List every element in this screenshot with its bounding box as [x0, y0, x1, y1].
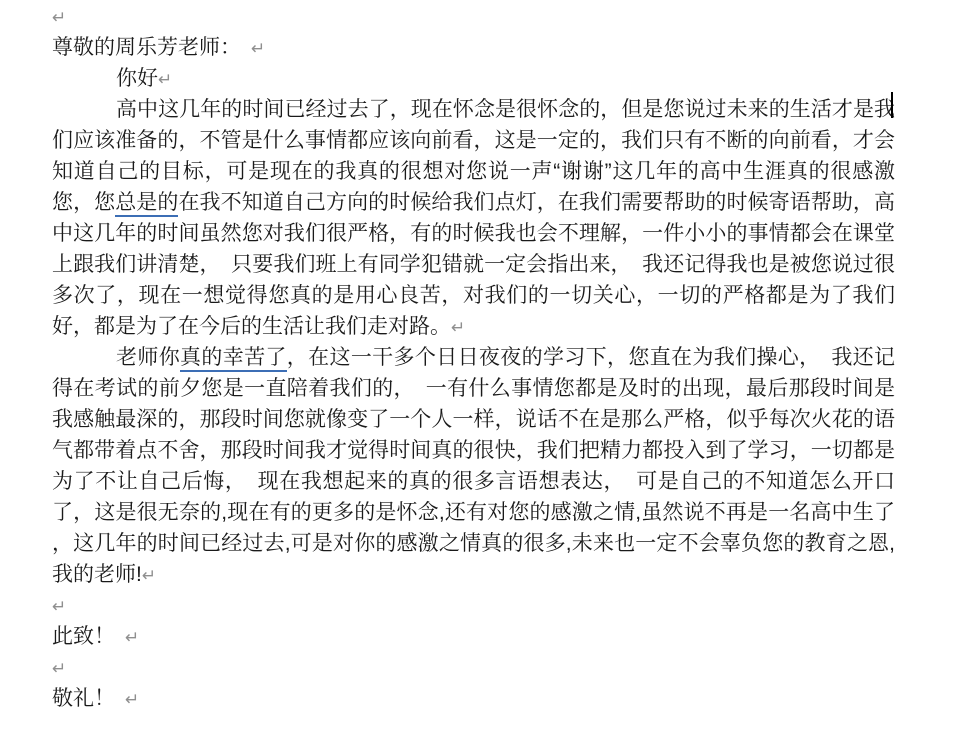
empty-paragraph: ↵	[52, 590, 895, 621]
paragraph-mark-icon: ↵	[52, 659, 66, 679]
closing-text: 此致！	[52, 625, 115, 648]
body1-text-post: 在我不知道自己方向的时候给我们点灯，在我们需要帮助的时候寄语帮助，高中这几年的时…	[52, 191, 895, 338]
grammar-check-underlined-text: 真的幸苦了	[180, 346, 287, 372]
grammar-check-underlined-text: 总是的	[115, 191, 178, 217]
paragraph-mark-icon: ↵	[52, 597, 66, 617]
body-paragraph-2: 老师你真的幸苦了，在这一干多个日日夜夜的学习下，您直在为我们操心， 我还记得在考…	[52, 342, 895, 590]
empty-paragraph-top: ↵	[52, 2, 895, 32]
body2-text-post: ，在这一干多个日日夜夜的学习下，您直在为我们操心， 我还记得在考试的前夕您是一直…	[52, 346, 901, 586]
paragraph-mark-icon: ↵	[125, 628, 139, 648]
salute-text: 敬礼！	[52, 687, 115, 710]
salutation-line: 尊敬的周乐芳老师：↵	[52, 32, 895, 63]
body-paragraph-1: 高中这几年的时间已经过去了，现在怀念是很怀念的，但是您说过未来的生活才是我们应该…	[52, 94, 895, 342]
salutation-text: 尊敬的周乐芳老师：	[52, 36, 241, 59]
paragraph-mark-icon: ↵	[158, 70, 172, 90]
salute-line: 敬礼！↵	[52, 683, 895, 714]
paragraph-mark-icon: ↵	[52, 8, 66, 28]
paragraph-mark-icon: ↵	[142, 566, 156, 586]
empty-paragraph: ↵	[52, 652, 895, 683]
paragraph-mark-icon: ↵	[451, 318, 465, 338]
text-cursor	[891, 92, 893, 118]
paragraph-mark-icon: ↵	[251, 39, 265, 59]
greeting-line: 你好↵	[52, 63, 895, 94]
body2-text-pre: 老师你	[116, 346, 180, 369]
greeting-text: 你好	[116, 67, 158, 90]
paragraph-mark-icon: ↵	[125, 690, 139, 710]
closing-line: 此致！↵	[52, 621, 895, 652]
document-edit-area[interactable]: ↵ 尊敬的周乐芳老师：↵ 你好↵ 高中这几年的时间已经过去了，现在怀念是很怀念的…	[0, 0, 961, 735]
